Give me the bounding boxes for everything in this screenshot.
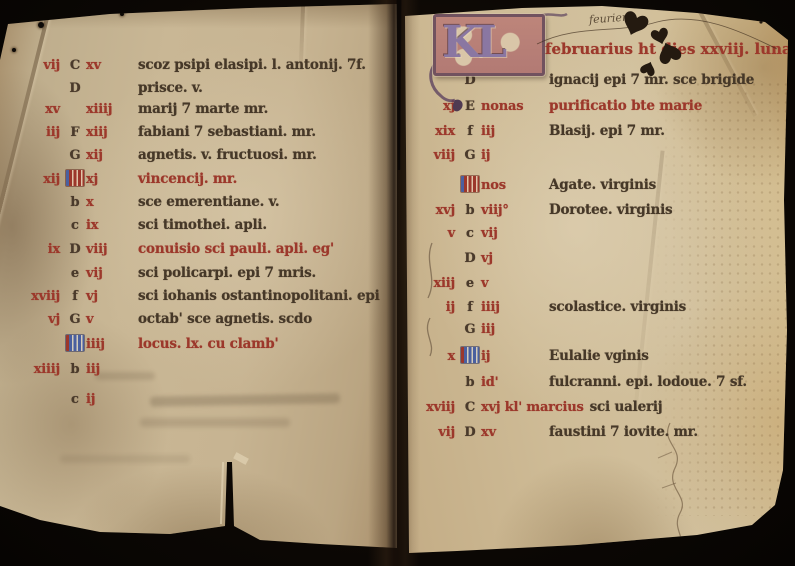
day-count: ix xyxy=(86,218,132,233)
calendar-row: iijFxiijfabiani 7 sebastiani. mr. xyxy=(22,124,316,146)
calendar-row: Dprisce. v. xyxy=(22,80,203,102)
feast-entry: sci policarpi. epi 7 mris. xyxy=(138,265,316,281)
dominical-letter: D xyxy=(459,425,481,440)
calendar-row: vijCxvscoz psipi elasipi. l. antonij. 7f… xyxy=(22,57,366,79)
calendar-row: ijfiiijscolastice. virginis xyxy=(425,299,686,321)
calendar-row: xijxjvincencij. mr. xyxy=(22,170,237,192)
dominical-letter: F xyxy=(64,125,86,140)
decorated-initial-A xyxy=(66,335,84,351)
day-count: ij xyxy=(481,349,543,364)
wormhole xyxy=(12,48,16,52)
day-count: viij° xyxy=(481,203,543,218)
tear-edge-highlight xyxy=(220,462,224,524)
dominical-letter xyxy=(64,170,86,187)
dominical-letter: f xyxy=(64,289,86,304)
day-count: id' xyxy=(481,375,543,390)
day-count: xv xyxy=(481,425,543,440)
day-count: vj xyxy=(86,289,132,304)
calendar-row: vjGvoctab' sce agnetis. scdo xyxy=(22,311,312,333)
golden-number: vij xyxy=(425,425,459,440)
feast-entry: marij 7 marte mr. xyxy=(138,101,268,117)
golden-number: ij xyxy=(425,300,459,315)
golden-number: xvj xyxy=(425,203,459,218)
calendar-row: nosAgate. virginis xyxy=(425,176,656,198)
feast-entry: Dorotee. virginis xyxy=(549,202,672,218)
day-count: ij xyxy=(481,148,543,163)
dominical-letter: G xyxy=(64,312,86,327)
dominical-letter: G xyxy=(64,148,86,163)
calendar-row: xiiijbiij xyxy=(22,362,138,384)
feast-entry: octab' sce agnetis. scdo xyxy=(138,311,312,327)
day-count: vij xyxy=(86,266,132,281)
day-count: iiij xyxy=(481,300,543,315)
day-count: iij xyxy=(86,362,132,377)
feast-entry: fabiani 7 sebastiani. mr. xyxy=(138,124,316,140)
dominical-letter: c xyxy=(64,218,86,233)
dominical-letter: e xyxy=(64,266,86,281)
day-count: iiij xyxy=(86,337,132,352)
calendar-row: Giij xyxy=(425,322,549,344)
wormhole xyxy=(120,12,124,16)
golden-number: xviij xyxy=(22,289,64,304)
show-through-text xyxy=(140,418,290,427)
feast-entry: sci iohanis ostantinopolitani. epi xyxy=(138,288,380,304)
golden-number: xiij xyxy=(425,276,459,291)
golden-number: viij xyxy=(425,148,459,163)
decorated-initial-A xyxy=(461,176,479,192)
calendar-row: Gxijagnetis. v. fructuosi. mr. xyxy=(22,147,317,169)
dominical-letter: b xyxy=(64,362,86,377)
feast-entry: prisce. v. xyxy=(138,80,203,96)
golden-number: xij xyxy=(22,172,64,187)
dominical-letter: C xyxy=(64,58,86,73)
dominical-letter: D xyxy=(64,242,86,257)
day-count: vij xyxy=(481,226,543,241)
calendar-row: xijEulalie vginis xyxy=(425,347,649,369)
day-count: xij xyxy=(86,148,132,163)
calendar-row: bxsce emerentiane. v. xyxy=(22,194,279,216)
day-count: xiij xyxy=(86,125,132,140)
feast-entry: scolastice. virginis xyxy=(549,299,686,315)
feast-entry: vincencij. mr. xyxy=(138,171,237,187)
day-count: nos xyxy=(481,178,543,193)
feast-entry: agnetis. v. fructuosi. mr. xyxy=(138,147,317,163)
calendar-row: xvxiiijmarij 7 marte mr. xyxy=(22,101,268,123)
golden-number: vij xyxy=(22,58,64,73)
decorated-initial-A xyxy=(66,170,84,186)
kl-letters: KL xyxy=(442,15,503,71)
show-through-text xyxy=(60,455,190,463)
calendar-row: cij xyxy=(22,392,138,414)
feast-entry: faustini 7 iovite. mr. xyxy=(549,424,698,440)
day-count: vj xyxy=(481,251,543,266)
dominical-letter: G xyxy=(459,322,481,337)
day-count: ij xyxy=(86,392,132,407)
calendar-row: ixDviijconuisio sci pauli. apli. eg' xyxy=(22,241,334,263)
tear-edge-highlight xyxy=(233,452,249,465)
feast-entry: fulcranni. epi. lodoue. 7 sf. xyxy=(549,374,747,390)
calendar-row: viijGij xyxy=(425,148,549,170)
golden-number: xiiij xyxy=(22,362,64,377)
right-page: KL feurier februarius ht dies xxviij. lu… xyxy=(397,0,795,566)
dominical-letter: D xyxy=(64,81,86,96)
feast-entry: sci timothei. apli. xyxy=(138,217,267,233)
day-count: x xyxy=(86,195,132,210)
dominical-letter: b xyxy=(459,375,481,390)
calendar-row: xviijCxvj kl' marciussci ualerij xyxy=(425,399,663,421)
feast-entry: sci ualerij xyxy=(590,399,663,415)
golden-number: v xyxy=(425,226,459,241)
dominical-letter: C xyxy=(459,400,481,415)
ivy-leaf-decoration xyxy=(537,4,787,104)
manuscript-photo: vijCxvscoz psipi elasipi. l. antonij. 7f… xyxy=(0,0,795,566)
dominical-letter: f xyxy=(459,300,481,315)
golden-number: ix xyxy=(22,242,64,257)
wormhole xyxy=(38,22,44,28)
show-through-text xyxy=(150,393,340,406)
day-count: v xyxy=(481,276,543,291)
feast-entry: Eulalie vginis xyxy=(549,348,649,364)
golden-number: x xyxy=(425,349,459,364)
day-count: xj xyxy=(86,172,132,187)
calendar-row: bid'fulcranni. epi. lodoue. 7 sf. xyxy=(425,374,747,396)
dominical-letter xyxy=(459,347,481,364)
golden-number: vj xyxy=(22,312,64,327)
calendar-row: xiijev xyxy=(425,276,549,298)
dominical-letter: G xyxy=(459,148,481,163)
dominical-letter xyxy=(64,335,86,352)
calendar-row: xviijfvjsci iohanis ostantinopolitani. e… xyxy=(22,288,380,310)
day-count: xv xyxy=(86,58,132,73)
calendar-row: vijDxvfaustini 7 iovite. mr. xyxy=(425,424,698,446)
day-count: v xyxy=(86,312,132,327)
dominical-letter: b xyxy=(64,195,86,210)
dominical-letter: c xyxy=(459,226,481,241)
calendar-row: Dvj xyxy=(425,251,549,273)
kl-illuminated-initial: KL xyxy=(433,14,545,76)
left-page: vijCxvscoz psipi elasipi. l. antonij. 7f… xyxy=(0,0,397,566)
dominical-letter: e xyxy=(459,276,481,291)
golden-number: xv xyxy=(22,102,64,117)
calendar-row: evijsci policarpi. epi 7 mris. xyxy=(22,265,316,287)
calendar-row: cixsci timothei. apli. xyxy=(22,217,267,239)
calendar-row: xvjbviij°Dorotee. virginis xyxy=(425,202,672,224)
feast-entry: sce emerentiane. v. xyxy=(138,194,279,210)
dominical-letter xyxy=(459,176,481,193)
dominical-letter: c xyxy=(64,392,86,407)
day-count: xiiij xyxy=(86,102,132,117)
golden-number: iij xyxy=(22,125,64,140)
calendar-row: iiijlocus. lx. cu clamb' xyxy=(22,335,278,357)
calendar-row: vcvij xyxy=(425,226,549,248)
golden-number: xviij xyxy=(425,400,459,415)
day-count: xvj kl' marcius xyxy=(481,400,584,415)
feast-entry: Agate. virginis xyxy=(549,177,656,193)
day-count: iij xyxy=(481,322,543,337)
dominical-letter: b xyxy=(459,203,481,218)
decorated-initial-A xyxy=(461,347,479,363)
feast-entry: scoz psipi elasipi. l. antonij. 7f. xyxy=(138,57,366,73)
feast-entry: locus. lx. cu clamb' xyxy=(138,336,278,352)
day-count: viij xyxy=(86,242,132,257)
dominical-letter: D xyxy=(459,251,481,266)
feast-entry: conuisio sci pauli. apli. eg' xyxy=(138,241,334,257)
